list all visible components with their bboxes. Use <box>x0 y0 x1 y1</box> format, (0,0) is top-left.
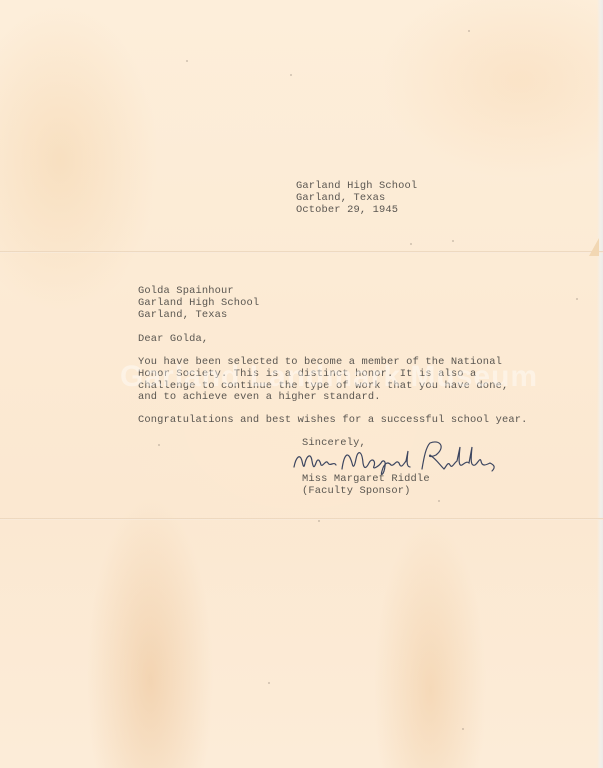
sender-line-2: Garland, Texas <box>296 193 417 205</box>
letter-date: October 29, 1945 <box>296 205 417 217</box>
recipient-line-2: Garland, Texas <box>138 310 259 322</box>
letter-page: Garland High SchoolGarland, TexasOctober… <box>0 0 603 768</box>
fold-crease-lower <box>0 518 603 520</box>
salutation: Dear Golda, <box>138 334 208 346</box>
recipient-line-1: Garland High School <box>138 298 259 310</box>
fold-crease-upper <box>0 251 603 253</box>
sender-address: Garland High SchoolGarland, TexasOctober… <box>296 181 417 216</box>
closing-paragraph: Congratulations and best wishes for a su… <box>138 415 528 427</box>
recipient-address: Golda SpainhourGarland High SchoolGarlan… <box>138 286 259 321</box>
paper-edge <box>597 0 603 768</box>
body-line-2: Honor Society. This is a distinct honor.… <box>138 369 508 381</box>
paper-tear <box>589 238 599 256</box>
body-paragraph: You have been selected to become a membe… <box>138 357 508 404</box>
signer-block: Miss Margaret Riddle(Faculty Sponsor) <box>302 474 430 498</box>
signer-title: (Faculty Sponsor) <box>302 486 430 498</box>
body-line-4: and to achieve even a higher standard. <box>138 392 508 404</box>
